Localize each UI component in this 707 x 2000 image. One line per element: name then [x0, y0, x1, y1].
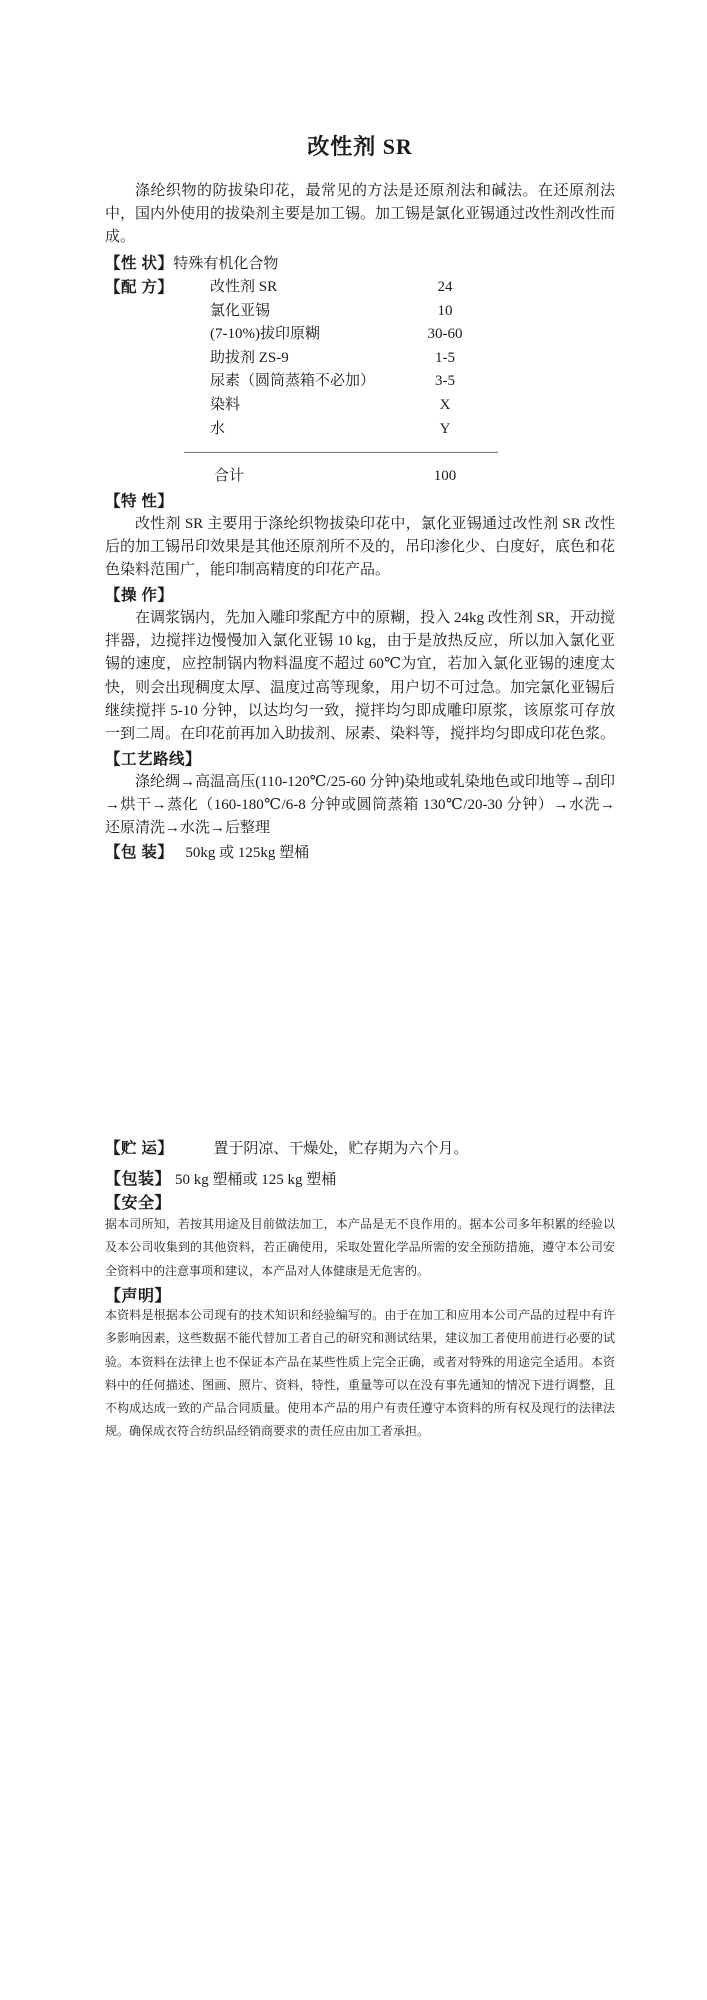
ingredient-name: 助拔剂 ZS-9 — [210, 350, 289, 366]
ingredient-name: 染料 — [210, 397, 240, 413]
disclaimer-paragraph: 本资料是根据本公司现有的技术知识和经验编写的。由于在加工和应用本公司产品的过程中… — [105, 1304, 615, 1444]
operation-heading: 【操 作】 — [105, 583, 615, 605]
formula-row: 氯化亚锡 10 — [105, 300, 615, 324]
formula-row: 【配 方】 改性剂 SR 24 — [105, 276, 615, 300]
packing-1-value: 50kg 或 125kg 塑桶 — [185, 845, 309, 861]
total-value: 100 — [403, 465, 487, 489]
formula-row: 助拔剂 ZS-9 1-5 — [105, 347, 615, 371]
storage-value: 置于阴凉、干燥处，贮存期为六个月。 — [213, 1141, 468, 1157]
section-properties: 【性 状】特殊有机化合物 — [105, 252, 615, 276]
ingredient-amount: 24 — [403, 276, 487, 300]
properties-heading: 【性 状】 — [105, 255, 173, 272]
formula-row: 染料 X — [105, 394, 615, 418]
characteristics-paragraph: 改性剂 SR 主要用于涤纶织物拔染印花中，氯化亚锡通过改性剂 SR 改性后的加工… — [105, 513, 615, 583]
process-route-heading: 【工艺路线】 — [105, 747, 615, 769]
ingredient-amount: 1-5 — [403, 347, 487, 371]
separator-dashes: —————————————————————— — [184, 441, 498, 465]
packing-2-value: 50 kg 塑桶或 125 kg 塑桶 — [175, 1172, 336, 1188]
packing-1-heading: 【包 装】 — [105, 844, 173, 861]
section-packing-1: 【包 装】50kg 或 125kg 塑桶 — [105, 841, 615, 865]
ingredient-name: 改性剂 SR — [210, 279, 277, 295]
ingredient-amount: 3-5 — [403, 370, 487, 394]
ingredient-name: 水 — [210, 421, 225, 437]
characteristics-heading: 【特 性】 — [105, 489, 615, 511]
total-label: 合计 — [214, 468, 244, 484]
formula-heading: 【配 方】 — [105, 276, 173, 300]
ingredient-name: 氯化亚锡 — [210, 303, 270, 319]
ingredient-amount: 10 — [403, 300, 487, 324]
operation-paragraph: 在调浆锅内，先加入雕印浆配方中的原糊，投入 24kg 改性剂 SR，开动搅拌器，… — [105, 607, 615, 746]
safety-heading: 【安全】 — [105, 1190, 615, 1213]
ingredient-amount: X — [403, 394, 487, 418]
safety-paragraph: 据本司所知，若按其用途及目前做法加工，本产品是无不良作用的。据本公司多年积累的经… — [105, 1213, 615, 1283]
section-storage: 【贮 运】置于阴凉、干燥处，贮存期为六个月。 — [105, 1137, 615, 1161]
formula-row: (7-10%)拔印原糊 30-60 — [105, 323, 615, 347]
storage-heading: 【贮 运】 — [105, 1140, 173, 1157]
document-page: 改性剂 SR 涤纶织物的防拔染印花，最常见的方法是还原剂法和碱法。在还原剂法中，… — [0, 0, 707, 2000]
formula-separator: —————————————————————— — [105, 441, 615, 465]
properties-value: 特殊有机化合物 — [173, 256, 278, 272]
ingredient-amount: 30-60 — [403, 323, 487, 347]
section-packing-2: 【包装】50 kg 塑桶或 125 kg 塑桶 — [105, 1168, 615, 1192]
disclaimer-heading: 【声明】 — [105, 1283, 615, 1306]
document-title: 改性剂 SR — [105, 130, 615, 161]
ingredient-name: (7-10%)拔印原糊 — [210, 326, 320, 342]
process-route-paragraph: 涤纶绸→高温高压(110-120℃/25-60 分钟)染地或轧染地色或印地等→刮… — [105, 771, 615, 841]
ingredient-amount: Y — [403, 418, 487, 442]
formula-row: 尿素（圆筒蒸箱不必加） 3-5 — [105, 370, 615, 394]
formula-row: 水 Y — [105, 418, 615, 442]
packing-2-heading: 【包装】 — [105, 1171, 171, 1188]
formula-total-row: 合计 100 — [105, 465, 615, 489]
section-formula: 【配 方】 改性剂 SR 24 氯化亚锡 10 (7-10%)拔印原糊 30-6… — [105, 276, 615, 488]
ingredient-name: 尿素（圆筒蒸箱不必加） — [210, 373, 375, 389]
intro-paragraph: 涤纶织物的防拔染印花，最常见的方法是还原剂法和碱法。在还原剂法中，国内外使用的拔… — [105, 180, 615, 250]
